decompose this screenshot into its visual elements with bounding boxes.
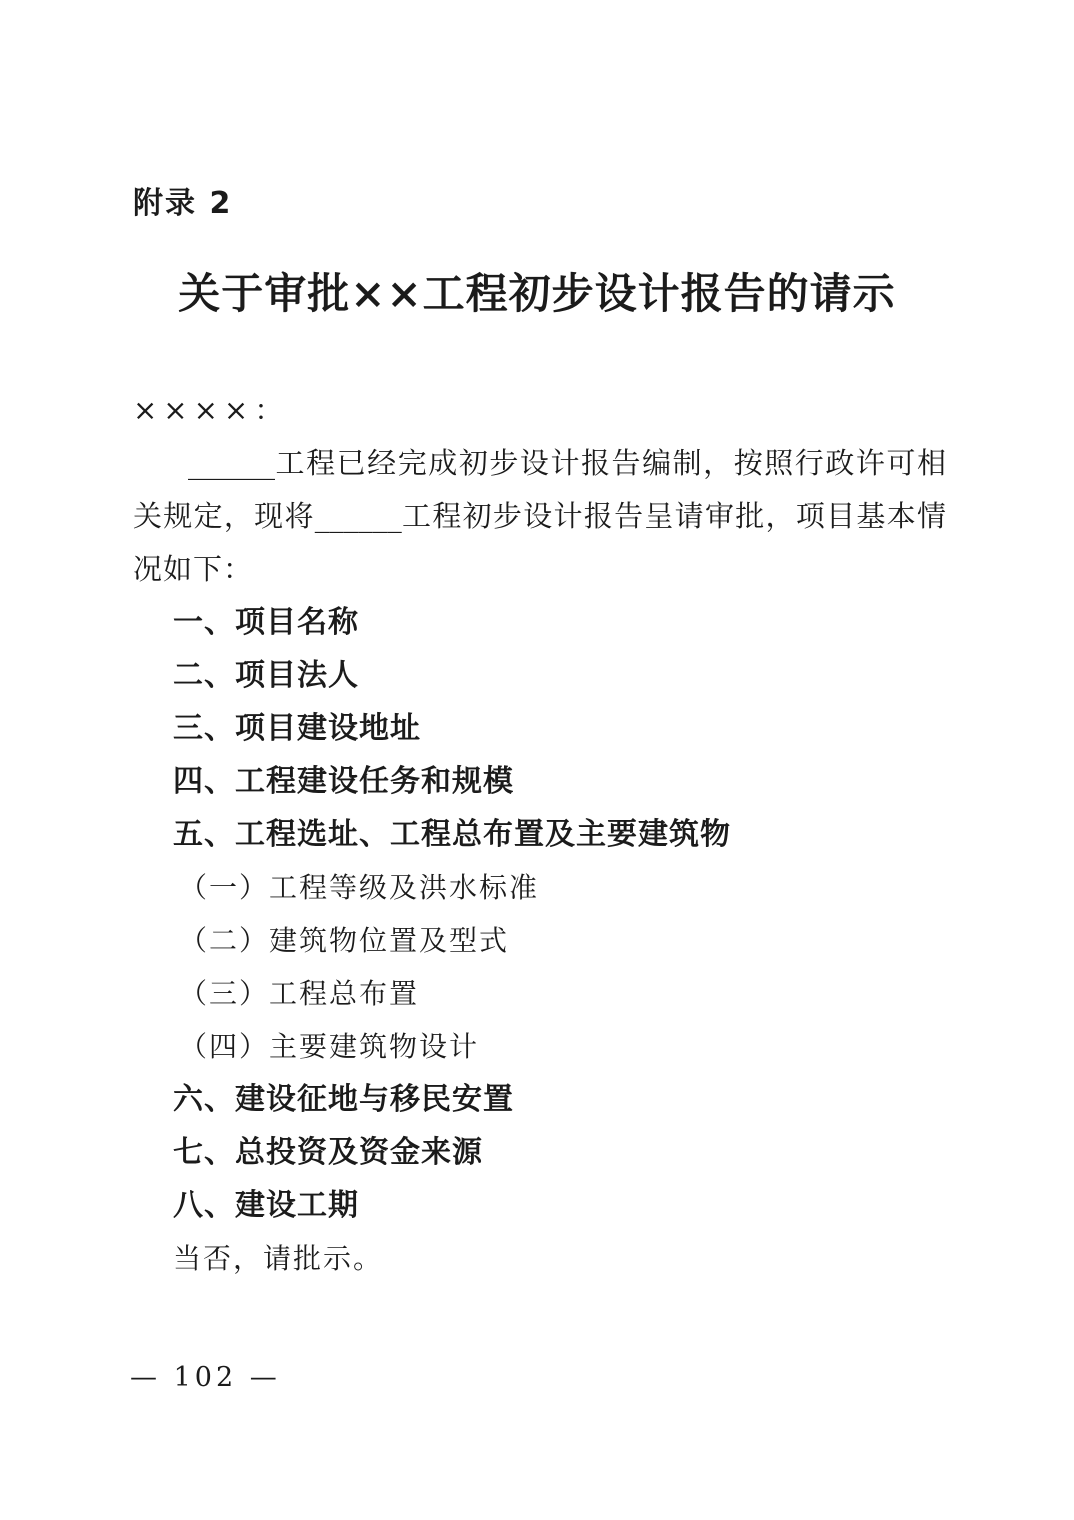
outline-item-4-tasks-and-scale: 四、工程建设任务和规模: [133, 755, 947, 808]
outline-subitem-2-structure-position-type: （二）建筑物位置及型式: [133, 914, 947, 967]
outline-subitem-4-main-structures-design: （四）主要建筑物设计: [133, 1020, 947, 1073]
fill-in-blank-1: ______: [188, 446, 275, 480]
fill-in-blank-2: ______: [315, 499, 402, 533]
outline-item-3-construction-address: 三、项目建设地址: [133, 702, 947, 755]
salutation-line: ××××：: [133, 384, 947, 437]
outline-item-1-project-name: 一、项目名称: [133, 596, 947, 649]
outline-subitem-3-general-layout: （三）工程总布置: [133, 967, 947, 1020]
closing-line: 当否，请批示。: [133, 1232, 947, 1285]
outline-item-7-investment-and-funding: 七、总投资及资金来源: [133, 1126, 947, 1179]
outline-item-2-project-legal-person: 二、项目法人: [133, 649, 947, 702]
opening-paragraph: ______工程已经完成初步设计报告编制，按照行政许可相关规定，现将______…: [133, 437, 947, 596]
outline-item-8-construction-period: 八、建设工期: [133, 1179, 947, 1232]
page-number: — 102 —: [130, 1362, 281, 1394]
document-title: 关于审批××工程初步设计报告的请示: [0, 266, 1074, 322]
outline-subitem-1-grade-flood-standard: （一）工程等级及洪水标准: [133, 861, 947, 914]
appendix-label: 附录 2: [133, 184, 232, 224]
document-page: 附录 2 关于审批××工程初步设计报告的请示 ××××： ______工程已经完…: [0, 0, 1074, 1520]
outline-item-5-site-and-layout: 五、工程选址、工程总布置及主要建筑物: [133, 808, 947, 861]
outline-item-6-land-and-resettlement: 六、建设征地与移民安置: [133, 1073, 947, 1126]
document-body: ××××： ______工程已经完成初步设计报告编制，按照行政许可相关规定，现将…: [133, 384, 947, 1285]
